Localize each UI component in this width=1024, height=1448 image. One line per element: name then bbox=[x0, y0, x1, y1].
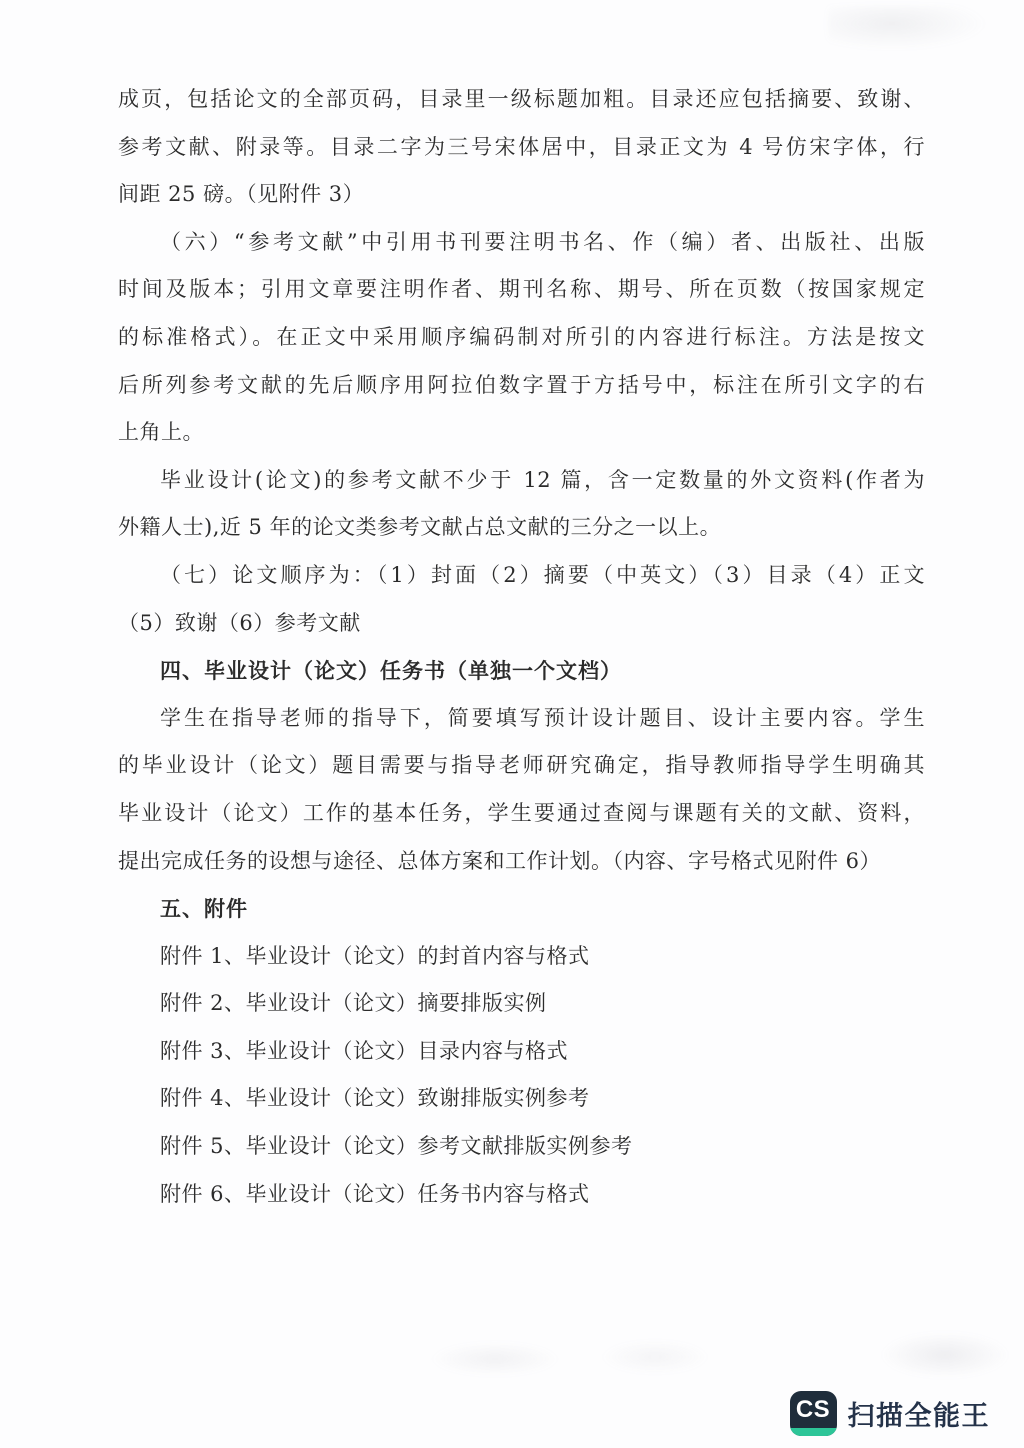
text-line: 上角上。 bbox=[118, 409, 925, 457]
text-line: （5）致谢（6）参考文献 bbox=[118, 600, 925, 648]
attachment-item: 附件 5、毕业设计（论文）参考文献排版实例参考 bbox=[118, 1123, 925, 1171]
text-line: 提出完成任务的设想与途径、总体方案和工作计划。（内容、字号格式见附件 6） bbox=[118, 838, 925, 886]
text-line: 后所列参考文献的先后顺序用阿拉伯数字置于方括号中，标注在所引文字的右 bbox=[118, 362, 925, 410]
section-heading-4: 四、毕业设计（论文）任务书（单独一个文档） bbox=[118, 647, 925, 695]
scan-smudge bbox=[828, 6, 988, 50]
attachment-item: 附件 4、毕业设计（论文）致谢排版实例参考 bbox=[118, 1075, 925, 1123]
text-line: 参考文献、附录等。目录二字为三号宋体居中，目录正文为 4 号仿宋字体，行 bbox=[118, 124, 925, 172]
attachment-item: 附件 6、毕业设计（论文）任务书内容与格式 bbox=[118, 1171, 925, 1219]
camscanner-logo-icon: CS bbox=[790, 1391, 837, 1436]
logo-accent-bar bbox=[790, 1428, 837, 1436]
text-line: 的标准格式）。在正文中采用顺序编码制对所引的内容进行标注。方法是按文 bbox=[118, 314, 925, 362]
document-text-block: 成页，包括论文的全部页码，目录里一级标题加粗。目录还应包括摘要、致谢、 参考文献… bbox=[118, 76, 925, 1218]
text-line: 外籍人士),近 5 年的论文类参考文献占总文献的三分之一以上。 bbox=[118, 504, 925, 552]
attachment-item: 附件 1、毕业设计（论文）的封首内容与格式 bbox=[118, 933, 925, 981]
scanned-document-page: 成页，包括论文的全部页码，目录里一级标题加粗。目录还应包括摘要、致谢、 参考文献… bbox=[0, 0, 1024, 1448]
attachment-item: 附件 2、毕业设计（论文）摘要排版实例 bbox=[118, 980, 925, 1028]
section-heading-5: 五、附件 bbox=[118, 885, 925, 933]
text-line: 毕业设计(论文)的参考文献不少于 12 篇，含一定数量的外文资料(作者为 bbox=[118, 457, 925, 505]
text-line: 的毕业设计（论文）题目需要与指导老师研究确定，指导教师指导学生明确其 bbox=[118, 742, 925, 790]
text-line: 间距 25 磅。（见附件 3） bbox=[118, 171, 925, 219]
text-line: （七）论文顺序为：（1）封面（2）摘要（中英文）（3）目录（4）正文 bbox=[118, 552, 925, 600]
scan-smudge bbox=[430, 1342, 560, 1376]
text-line: （六）“参考文献”中引用书刊要注明书名、作（编）者、出版社、出版 bbox=[118, 219, 925, 267]
text-line: 时间及版本；引用文章要注明作者、期刊名称、期号、所在页数（按国家规定 bbox=[118, 266, 925, 314]
scan-smudge bbox=[600, 1340, 710, 1374]
attachment-item: 附件 3、毕业设计（论文）目录内容与格式 bbox=[118, 1028, 925, 1076]
camscanner-watermark: CS 扫描全能王 bbox=[790, 1391, 991, 1436]
text-line: 学生在指导老师的指导下，简要填写预计设计题目、设计主要内容。学生 bbox=[118, 695, 925, 743]
watermark-brand-text: 扫描全能王 bbox=[848, 1394, 991, 1433]
logo-initials: CS bbox=[796, 1391, 830, 1428]
text-line: 毕业设计（论文）工作的基本任务，学生要通过查阅与课题有关的文献、资料， bbox=[118, 790, 925, 838]
text-line: 成页，包括论文的全部页码，目录里一级标题加粗。目录还应包括摘要、致谢、 bbox=[118, 76, 925, 124]
scan-smudge bbox=[880, 1332, 1010, 1378]
